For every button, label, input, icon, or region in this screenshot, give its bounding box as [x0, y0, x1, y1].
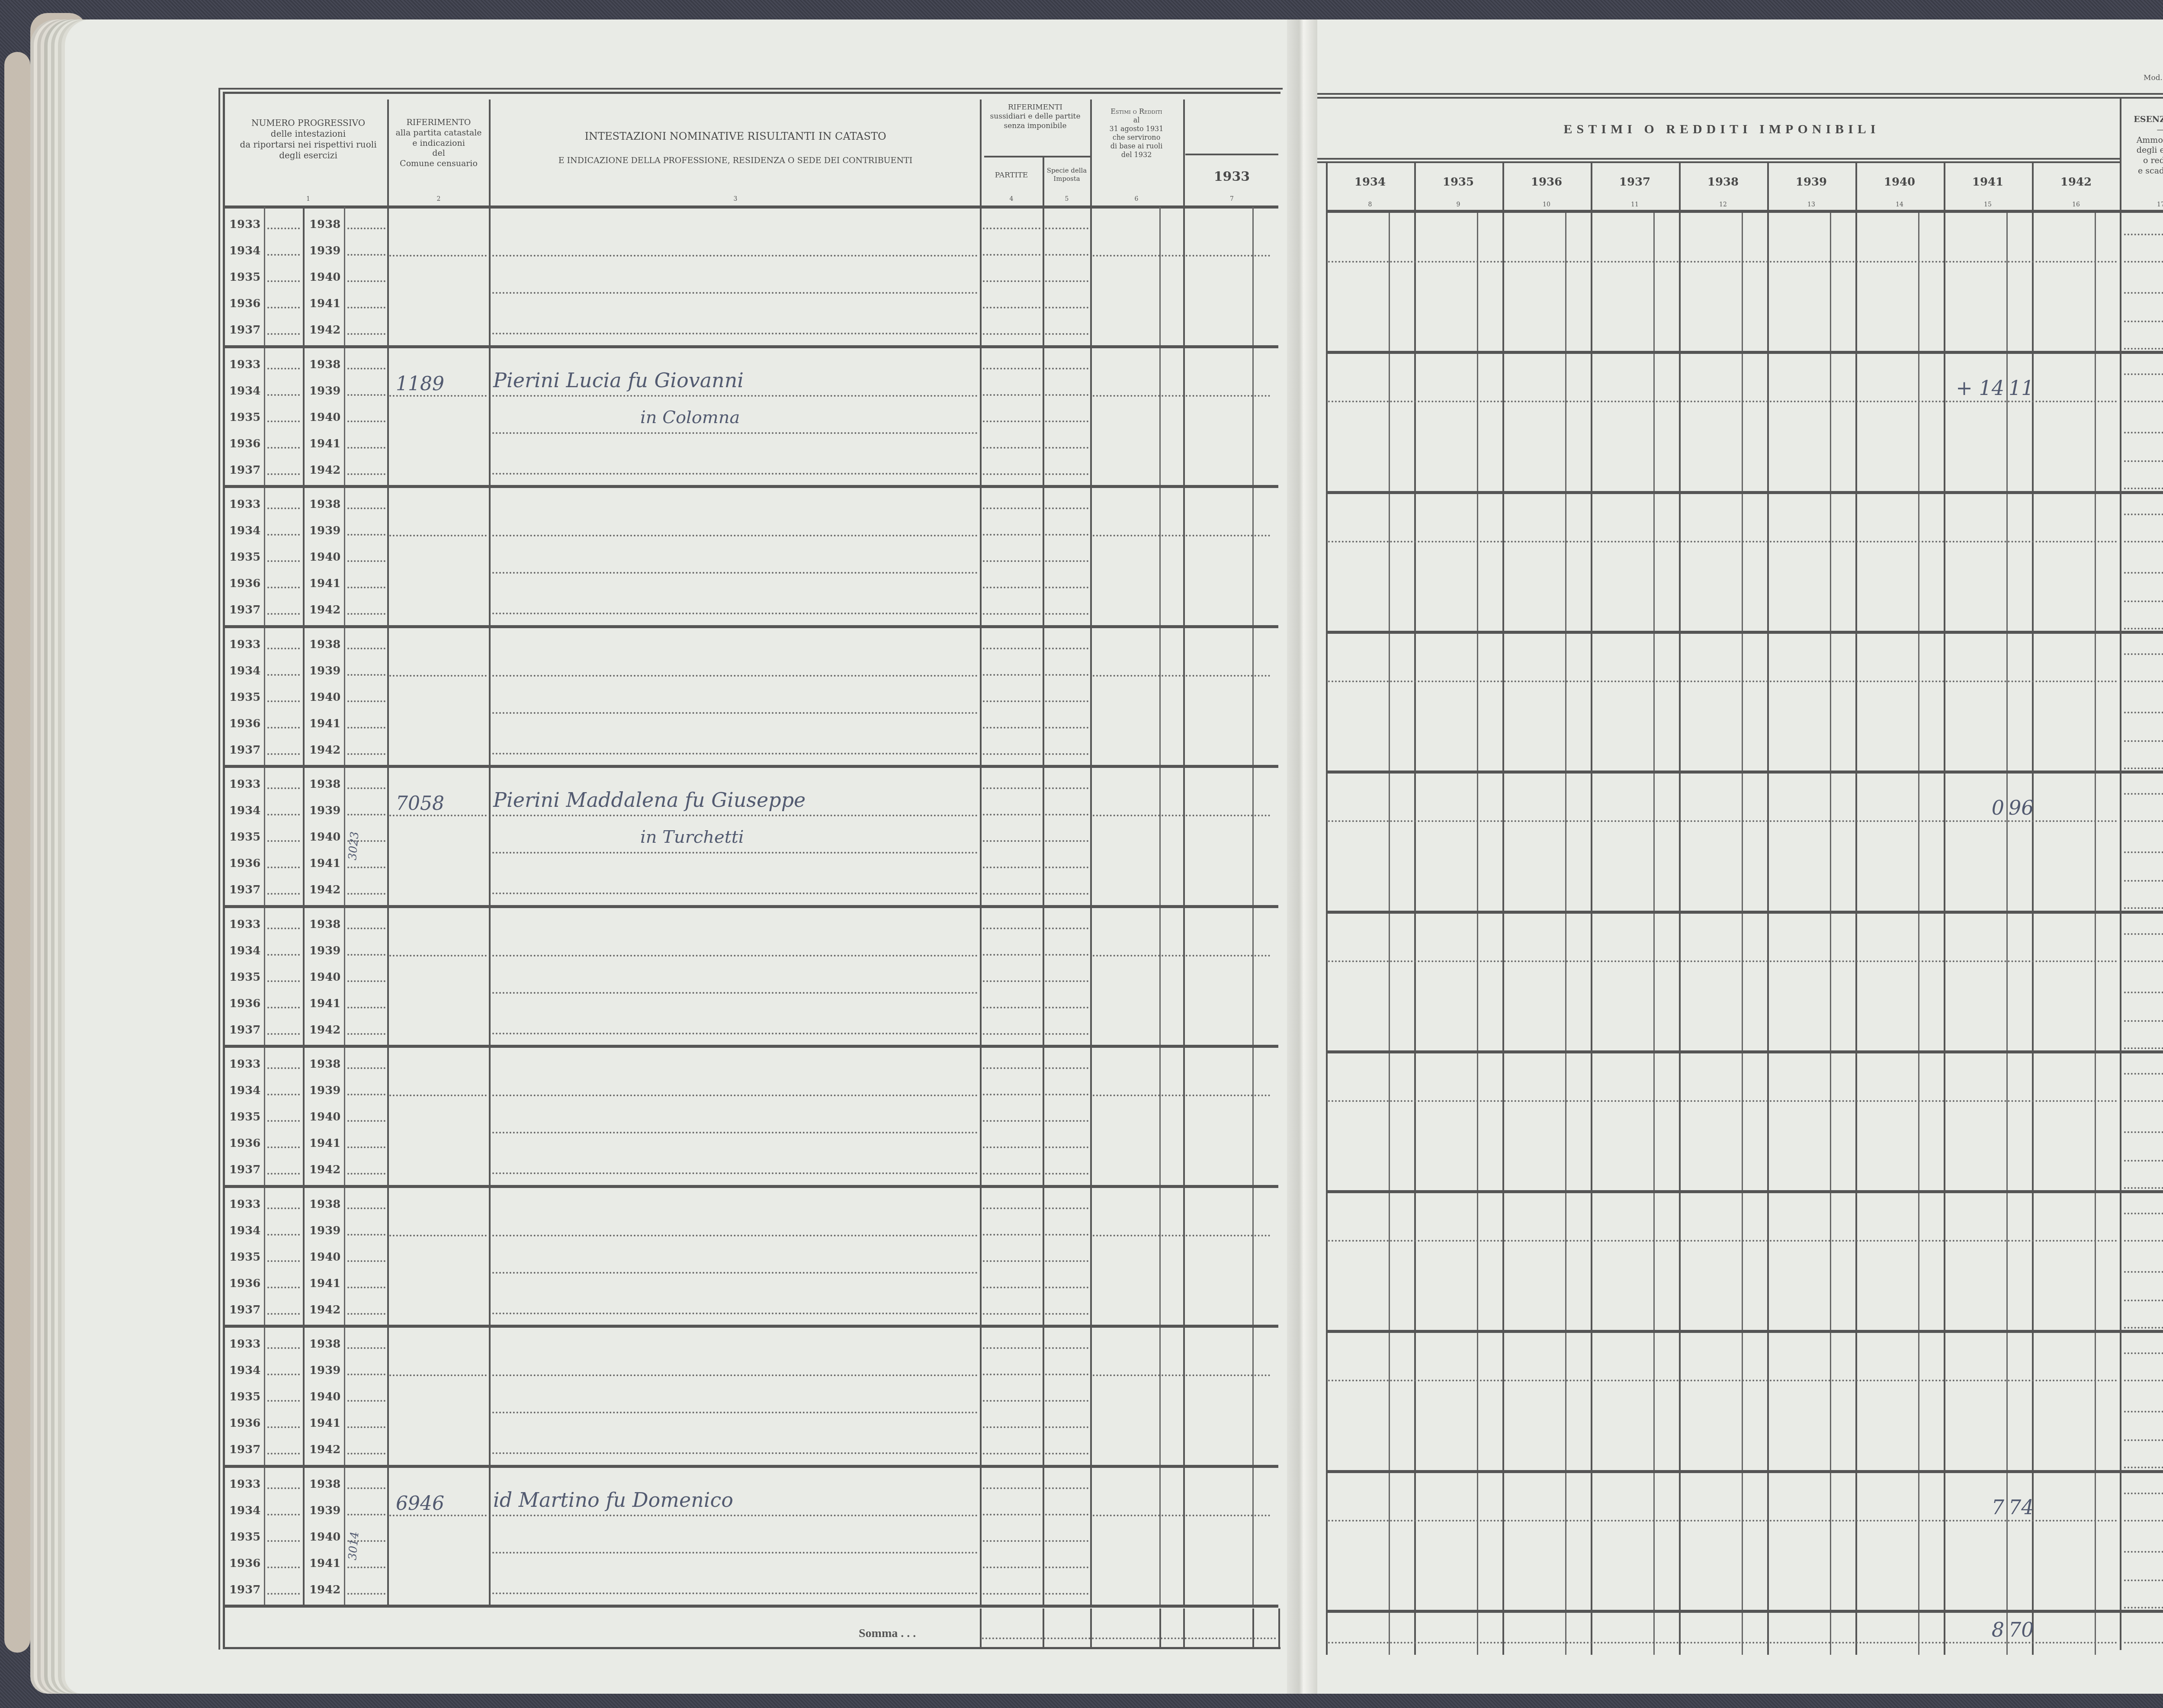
hdr-vline — [387, 100, 389, 205]
handwritten-lire-value: 0 — [1948, 796, 2004, 819]
esenzioni-dotted-row — [2124, 1520, 2163, 1522]
col1-number: 1 — [225, 196, 392, 202]
specie-dotted-field — [1045, 507, 1088, 509]
year-label-left: 1935 — [229, 1111, 260, 1124]
specie-dotted-field — [1045, 254, 1088, 256]
estimi-1931-dotted-field — [1093, 1235, 1270, 1236]
year-dotted-field — [267, 727, 300, 729]
year-dotted-field — [347, 1260, 385, 1262]
handwritten-lire-value: 7 — [1948, 1496, 2004, 1519]
esenzioni-dotted-row — [2124, 348, 2163, 350]
partite-dotted-field — [983, 753, 1040, 755]
handwritten-partita: 7058 — [396, 793, 444, 815]
specie-dotted-field — [1045, 1426, 1088, 1428]
year-dotted-field — [347, 1120, 385, 1122]
year-label-right: 1939 — [309, 385, 340, 398]
year-label-right: 1941 — [309, 437, 340, 450]
year-label-right: 1938 — [309, 358, 340, 371]
riferimenti-line-2: senza imponibile — [981, 122, 1089, 131]
col2-line-2: e indicazioni — [388, 138, 489, 149]
year-dotted-field — [267, 1313, 300, 1315]
specie-dotted-field — [1045, 954, 1088, 956]
name-dotted-line-3 — [492, 753, 978, 754]
handwritten-name: id Martino fu Domenico — [493, 1488, 733, 1512]
year-dotted-field — [347, 1453, 385, 1454]
year-label-right: 1942 — [309, 1024, 340, 1037]
specie-dotted-field — [1045, 394, 1088, 396]
year-column-rule — [1502, 213, 1504, 1655]
year-dotted-field — [267, 674, 300, 676]
right-frame-top — [1317, 93, 2163, 95]
year-label-left: 1936 — [229, 1277, 260, 1290]
year-label-right: 1941 — [309, 997, 340, 1010]
block-separator — [223, 1045, 1278, 1048]
year-dotted-field — [267, 368, 300, 369]
year-label-left: 1937 — [229, 883, 260, 896]
year-dotted-field — [267, 1453, 300, 1454]
year-dotted-field — [267, 507, 300, 509]
col3-subtitle: E INDICAZIONE DELLA PROFESSIONE, RESIDEN… — [491, 156, 980, 166]
year-dotted-field — [267, 560, 300, 562]
specie-number: 5 — [1043, 196, 1090, 202]
esenzioni-dotted-row — [2124, 933, 2163, 935]
partite-number: 4 — [981, 196, 1042, 202]
year-dotted-field — [347, 648, 385, 649]
esenzioni-dotted-row — [2124, 1327, 2163, 1329]
year-label-left: 1935 — [229, 831, 260, 844]
esenzioni-header: ESENZIONI — Ammontare degli estimi o red… — [2122, 115, 2163, 177]
year-label-left: 1936 — [229, 297, 260, 310]
year-column-number: 10 — [1502, 201, 1591, 208]
esenzioni-dotted-row — [2124, 1213, 2163, 1214]
year-label-left: 1935 — [229, 1390, 260, 1403]
partite-dotted-field — [983, 333, 1040, 335]
esenzioni-dotted-row — [2124, 1493, 2163, 1494]
year-label-right: 1942 — [309, 324, 340, 337]
year-label-right: 1938 — [309, 1338, 340, 1351]
partite-dotted-field — [983, 1426, 1040, 1428]
year-label-left: 1934 — [229, 944, 260, 957]
year-dotted-field — [267, 333, 300, 335]
year-column-number: 12 — [1679, 201, 1767, 208]
partite-dotted-field — [983, 648, 1040, 649]
total-esenzioni-dotted — [2124, 1642, 2163, 1644]
partite-dotted-field — [983, 280, 1040, 282]
specie-label: Specie della Imposta — [1043, 167, 1090, 183]
year-dotted-field — [347, 421, 385, 422]
specie-dotted-field — [1045, 980, 1088, 982]
year-column-rule — [1591, 213, 1592, 1655]
year-dotted-field — [267, 1067, 300, 1069]
year-label-right: 1942 — [309, 604, 340, 616]
year-dotted-field — [267, 1347, 300, 1349]
name-dotted-line-2 — [492, 712, 978, 714]
lire-cent-divider — [2095, 213, 2096, 1655]
specie-dotted-field — [1045, 867, 1088, 868]
year-dotted-field — [267, 1120, 300, 1122]
right-frame-top-inner — [1317, 97, 2163, 99]
col2-line-3: del — [388, 148, 489, 159]
estimi-dotted-row — [1328, 261, 2118, 263]
year-dotted-field — [267, 1593, 300, 1595]
year-label-left: 1935 — [229, 271, 260, 284]
partite-dotted-field — [983, 307, 1040, 308]
year-dotted-field — [347, 228, 385, 229]
block-separator — [1326, 1470, 2163, 1473]
year-label-right: 1940 — [309, 1251, 340, 1264]
year-label-left: 1937 — [229, 1024, 260, 1037]
estimi-dotted-row — [1328, 1520, 2118, 1522]
year-label-left: 1934 — [229, 804, 260, 817]
year-dotted-field — [267, 447, 300, 449]
year-label-right: 1939 — [309, 1364, 340, 1377]
specie-dotted-field — [1045, 447, 1088, 449]
year-dotted-field — [267, 254, 300, 256]
specie-dotted-field — [1045, 1347, 1088, 1349]
estimi-dotted-row — [1328, 401, 2118, 402]
year-dotted-field — [267, 1540, 300, 1542]
block-separator — [223, 1185, 1278, 1188]
year-label-left: 1934 — [229, 1504, 260, 1517]
estimi-group-title: ESTIMI O REDDITI IMPONIBILI — [1326, 121, 2118, 138]
block-separator — [1326, 1190, 2163, 1193]
specie-dotted-field — [1045, 1094, 1088, 1095]
year-dotted-field — [347, 534, 385, 536]
esenzioni-dotted-row — [2124, 880, 2163, 882]
esenzioni-dotted-row — [2124, 1020, 2163, 1022]
year-column-header: 1942 — [2032, 175, 2120, 189]
partita-dotted-field — [389, 395, 487, 397]
col1-line-1: delle intestazioni — [225, 128, 392, 139]
partite-dotted-field — [983, 814, 1040, 815]
name-dotted-line-1 — [492, 955, 978, 957]
esenzioni-dotted-row — [2124, 1187, 2163, 1189]
year-label-left: 1935 — [229, 551, 260, 564]
year-column-rule — [1855, 213, 1857, 1655]
year-label-left: 1933 — [229, 1478, 260, 1491]
partite-dotted-field — [983, 447, 1040, 449]
year-dotted-field — [347, 587, 385, 588]
year-column-number: 11 — [1591, 201, 1679, 208]
estimi-1931-dotted-field — [1093, 1095, 1270, 1096]
frayed-binding-left — [4, 52, 30, 1653]
year-column-rule — [1326, 213, 1328, 1655]
year-label-right: 1938 — [309, 638, 340, 651]
year-dotted-field — [347, 727, 385, 729]
year-column-number: 14 — [1855, 201, 1944, 208]
partite-dotted-field — [983, 421, 1040, 422]
year-dotted-field — [267, 954, 300, 956]
specie-dotted-field — [1045, 1260, 1088, 1262]
col6-header: Estimi o Redditi al 31 agosto 1931 che s… — [1091, 107, 1182, 159]
year-dotted-field — [267, 1234, 300, 1236]
year-label-right: 1942 — [309, 464, 340, 477]
somma-column-rule — [1183, 1608, 1185, 1647]
name-dotted-line-1 — [492, 255, 978, 257]
partite-dotted-field — [983, 893, 1040, 895]
specie-dotted-field — [1045, 368, 1088, 369]
year-dotted-field — [347, 613, 385, 615]
block-separator — [223, 1465, 1278, 1468]
col6-line-3: che servirono — [1091, 133, 1182, 142]
esenzioni-dotted-row — [2124, 572, 2163, 574]
specie-dotted-field — [1045, 1540, 1088, 1542]
year-label-left: 1934 — [229, 524, 260, 537]
block-separator — [1326, 1330, 2163, 1333]
year-label-right: 1941 — [309, 1417, 340, 1430]
specie-dotted-field — [1045, 1234, 1088, 1236]
year-label-right: 1941 — [309, 857, 340, 870]
year-dotted-field — [267, 1487, 300, 1489]
esenzioni-dotted-row — [2124, 1551, 2163, 1553]
right-header-bottom-rule — [1326, 210, 2163, 213]
year-label-right: 1939 — [309, 944, 340, 957]
col6-line-4: di base ai ruoli — [1091, 142, 1182, 151]
partite-dotted-field — [983, 867, 1040, 868]
year-label-left: 1933 — [229, 1338, 260, 1351]
year-label-left: 1937 — [229, 604, 260, 616]
year-label-right: 1940 — [309, 831, 340, 844]
specie-dotted-field — [1045, 1120, 1088, 1122]
year-label-right: 1941 — [309, 577, 340, 590]
name-dotted-line-3 — [492, 1033, 978, 1034]
year-dotted-field — [267, 1173, 300, 1175]
year-label-right: 1941 — [309, 1137, 340, 1150]
specie-dotted-field — [1045, 1146, 1088, 1148]
year-label-right: 1940 — [309, 1531, 340, 1544]
somma-label: Somma . . . — [859, 1627, 916, 1641]
year-label-right: 1941 — [309, 1557, 340, 1570]
year-label-left: 1935 — [229, 691, 260, 704]
year-label-right: 1938 — [309, 918, 340, 931]
name-dotted-line-3 — [492, 1592, 978, 1594]
year-label-left: 1937 — [229, 464, 260, 477]
year-label-right: 1939 — [309, 1084, 340, 1097]
year-dotted-field — [347, 893, 385, 895]
partite-dotted-field — [983, 1260, 1040, 1262]
year-column-number: 8 — [1326, 201, 1414, 208]
esenzioni-dotted-row — [2124, 1100, 2163, 1102]
year-dotted-field — [347, 1567, 385, 1568]
year-label-right: 1942 — [309, 1163, 340, 1176]
handwritten-partita: 6946 — [396, 1493, 444, 1515]
esenzioni-title: ESENZIONI — [2122, 115, 2163, 125]
year-label-right: 1939 — [309, 524, 340, 537]
year-label-right: 1942 — [309, 1583, 340, 1596]
block-separator — [223, 345, 1278, 348]
year-label-left: 1935 — [229, 1251, 260, 1264]
estimi-dotted-row — [1328, 820, 2118, 822]
col1-header: NUMERO PROGRESSIVO delle intestazioni da… — [225, 118, 392, 161]
year-dotted-field — [267, 787, 300, 789]
year-dotted-field — [347, 254, 385, 256]
year-label-left: 1933 — [229, 1058, 260, 1071]
partite-dotted-field — [983, 1487, 1040, 1489]
specie-dotted-field — [1045, 1033, 1088, 1035]
name-dotted-line-1 — [492, 395, 978, 397]
partite-dotted-field — [983, 1067, 1040, 1069]
esenzioni-dotted-row — [2124, 1607, 2163, 1608]
partite-dotted-field — [983, 473, 1040, 475]
year-label-left: 1933 — [229, 778, 260, 791]
year-dotted-field — [347, 1487, 385, 1489]
year-dotted-field — [267, 421, 300, 422]
specie-dotted-field — [1045, 1313, 1088, 1315]
hdr-vline — [489, 100, 491, 205]
esenzioni-dash: — — [2122, 125, 2163, 135]
year-dotted-field — [347, 447, 385, 449]
year-column-header: 1934 — [1326, 175, 1414, 189]
year-dotted-field — [347, 394, 385, 396]
esenzioni-dotted-row — [2124, 600, 2163, 602]
year-label-right: 1939 — [309, 804, 340, 817]
name-dotted-line-3 — [492, 1172, 978, 1174]
block-separator — [223, 1605, 1278, 1608]
year-label-left: 1933 — [229, 918, 260, 931]
year-label-right: 1939 — [309, 244, 340, 257]
year-column-header: 1938 — [1679, 175, 1767, 189]
partite-label: PARTITE — [981, 171, 1042, 180]
handwritten-name: Pierini Maddalena fu Giuseppe — [493, 788, 806, 812]
esenzioni-dotted-row — [2124, 793, 2163, 795]
col7-year: 1933 — [1185, 169, 1278, 185]
year-label-right: 1939 — [309, 1224, 340, 1237]
estimi-dotted-row — [1328, 1240, 2118, 1242]
specie-dotted-field — [1045, 928, 1088, 929]
year-label-left: 1937 — [229, 1443, 260, 1456]
name-dotted-line-2 — [492, 852, 978, 854]
specie-dotted-field — [1045, 700, 1088, 702]
year-label-right: 1938 — [309, 498, 340, 511]
year-label-left: 1934 — [229, 1224, 260, 1237]
specie-dotted-field — [1045, 228, 1088, 229]
year-column-header: 1941 — [1944, 175, 2032, 189]
year-column-rule — [1944, 213, 1945, 1655]
year-dotted-field — [347, 1593, 385, 1595]
hdr-vline — [1183, 100, 1185, 205]
year-dotted-field — [267, 1426, 300, 1428]
partite-dotted-field — [983, 1374, 1040, 1375]
partite-dotted-field — [983, 1207, 1040, 1209]
esenzioni-number: 17 — [2122, 201, 2163, 208]
partite-dotted-field — [983, 534, 1040, 536]
year-column-rule — [1767, 213, 1769, 1655]
year-dotted-field — [267, 700, 300, 702]
name-dotted-line-1 — [492, 675, 978, 677]
esenzioni-dotted-row — [2124, 261, 2163, 263]
estimi-dotted-row — [1328, 541, 2118, 543]
name-dotted-line-2 — [492, 1552, 978, 1554]
partite-dotted-field — [983, 1173, 1040, 1175]
estimi-dotted-row — [1328, 681, 2118, 682]
specie-dotted-field — [1045, 840, 1088, 842]
estimi-dotted-row — [1328, 960, 2118, 962]
year-label-left: 1934 — [229, 665, 260, 677]
block-separator — [223, 485, 1278, 488]
estimi-1931-dotted-field — [1093, 955, 1270, 957]
name-dotted-line-3 — [492, 1313, 978, 1314]
esenzioni-line-4: e scadenze — [2122, 166, 2163, 177]
name-dotted-line-1 — [492, 1515, 978, 1516]
estimi-1931-dotted-field — [1093, 255, 1270, 257]
partite-dotted-field — [983, 507, 1040, 509]
lire-cent-divider — [1830, 213, 1831, 1655]
specie-dotted-field — [1045, 1007, 1088, 1008]
year-dotted-field — [267, 814, 300, 815]
year-dotted-field — [347, 507, 385, 509]
esenzioni-dotted-row — [2124, 1467, 2163, 1468]
year-dotted-field — [267, 928, 300, 929]
hdr-vline — [1043, 156, 1044, 205]
book-gutter — [1287, 19, 1317, 1694]
lire-cent-divider — [1389, 213, 1390, 1655]
partite-dotted-field — [983, 1593, 1040, 1595]
year-dotted-field — [267, 1514, 300, 1515]
col6-number: 6 — [1091, 196, 1182, 202]
year-dotted-field — [267, 980, 300, 982]
esenzioni-dotted-row — [2124, 681, 2163, 682]
esenzioni-dotted-row — [2124, 401, 2163, 402]
partite-dotted-field — [983, 1120, 1040, 1122]
name-dotted-line-2 — [492, 992, 978, 994]
year-label-right: 1938 — [309, 1478, 340, 1491]
esenzioni-dotted-row — [2124, 234, 2163, 235]
col6-line-2: 31 agosto 1931 — [1091, 125, 1182, 133]
hdr-vline — [980, 100, 982, 205]
somma-column-rule — [1090, 1608, 1092, 1647]
esenzioni-dotted-row — [2124, 488, 2163, 489]
block-separator — [1326, 491, 2163, 494]
somma-dotted-line — [982, 1637, 1276, 1639]
partita-dotted-field — [389, 255, 487, 257]
handwritten-total-cent: 70 — [2009, 1618, 2034, 1641]
year-dotted-field — [267, 1287, 300, 1288]
year-dotted-field — [347, 1067, 385, 1069]
left-frame-outer-left — [218, 88, 220, 1650]
year-dotted-field — [347, 787, 385, 789]
col6-title: Estimi o Redditi — [1091, 107, 1182, 116]
year-dotted-field — [267, 1007, 300, 1008]
name-dotted-line-2 — [492, 572, 978, 574]
year-label-right: 1938 — [309, 1198, 340, 1211]
year-dotted-field — [347, 928, 385, 929]
year-label-right: 1940 — [309, 271, 340, 284]
year-label-right: 1938 — [309, 778, 340, 791]
name-dotted-line-3 — [492, 1452, 978, 1454]
partite-dotted-field — [983, 1514, 1040, 1515]
partita-dotted-field — [389, 535, 487, 536]
partite-dotted-field — [983, 1094, 1040, 1095]
handwritten-side-number: 3023 — [346, 831, 362, 861]
year-label-left: 1934 — [229, 244, 260, 257]
name-dotted-line-3 — [492, 613, 978, 614]
specie-dotted-field — [1045, 333, 1088, 335]
year-label-right: 1940 — [309, 971, 340, 984]
esenzioni-dotted-row — [2124, 1580, 2163, 1581]
year-label-left: 1934 — [229, 385, 260, 398]
riferimenti-title: RIFERIMENTI — [981, 103, 1089, 112]
year-column-header: 1936 — [1502, 175, 1591, 189]
block-separator — [1326, 631, 2163, 634]
year-label-right: 1939 — [309, 1504, 340, 1517]
year-dotted-field — [347, 1400, 385, 1402]
year-dotted-field — [347, 980, 385, 982]
year-dotted-field — [267, 1094, 300, 1095]
year-dotted-field — [347, 814, 385, 815]
year-dotted-field — [347, 1426, 385, 1428]
name-dotted-line-1 — [492, 815, 978, 816]
year-label-right: 1940 — [309, 1390, 340, 1403]
